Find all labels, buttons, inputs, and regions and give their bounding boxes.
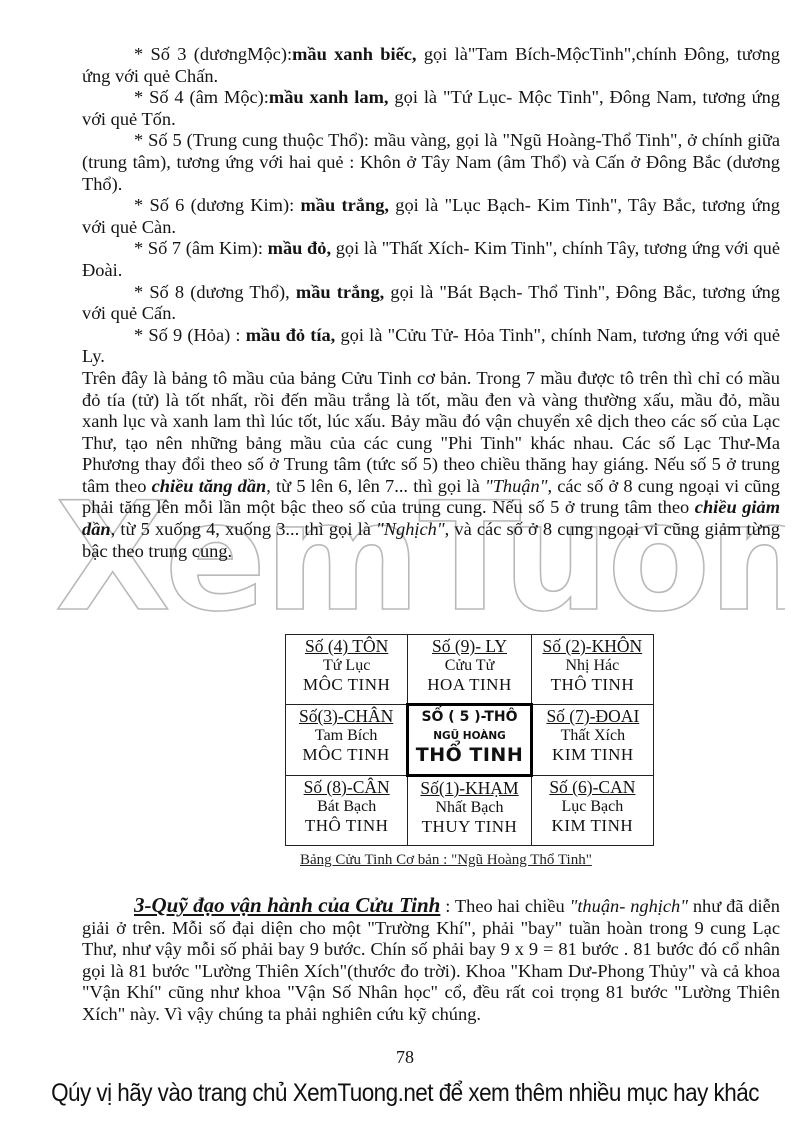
list-item: * Số 3 (dươngMộc):mầu xanh biếc, gọi là"… [82,44,780,87]
body-paragraph: Trên đây là bảng tô mầu của bảng Cửu Tin… [82,368,780,562]
star-color-list: * Số 3 (dươngMộc):mầu xanh biếc, gọi là"… [82,44,780,562]
list-item: * Số 7 (âm Kim): mầu đỏ, gọi là "Thất Xí… [82,238,780,281]
section-3: 3-Quỹ đạo vận hành của Cửu Tinh : Theo h… [82,895,780,1026]
page-number: 78 [0,1047,810,1068]
footer-banner: Qúy vị hãy vào trang chủ XemTuong.net để… [41,1079,770,1108]
list-item: * Số 6 (dương Kim): mầu trắng, gọi là "L… [82,195,780,238]
section-title: 3-Quỹ đạo vận hành của Cửu Tinh [134,893,440,917]
grid-cell-ly: Số (9)- LYCửu TửHOA TINH [408,635,531,705]
grid-cell-doai: Số (7)-ĐOAIThất XíchKIM TINH [531,705,653,776]
grid-cell-can-6: Số (6)-CANLục BạchKIM TINH [531,776,653,846]
grid-row: Số (8)-CÂNBát BạchTHÔ TINH Số(1)-KHẠMNhấ… [286,776,654,846]
grid-cell-can-8: Số (8)-CÂNBát BạchTHÔ TINH [286,776,408,846]
section-paragraph: 3-Quỹ đạo vận hành của Cửu Tinh : Theo h… [82,895,780,1026]
list-item: * Số 5 (Trung cung thuộc Thổ): mầu vàng,… [82,130,780,195]
grid-cell-ton: Số (4) TÔNTứ LụcMÔC TINH [286,635,408,705]
list-item: * Số 9 (Hỏa) : mầu đỏ tía, gọi là "Cửu T… [82,325,780,368]
grid-cell-kham: Số(1)-KHẠMNhất BạchTHUY TINH [408,776,531,846]
grid-cell-chan: Số(3)-CHÂNTam BíchMÔC TINH [286,705,408,776]
grid-row: Số(3)-CHÂNTam BíchMÔC TINH SỐ ( 5 )-THÔN… [286,705,654,776]
grid-row: Số (4) TÔNTứ LụcMÔC TINH Số (9)- LYCửu T… [286,635,654,705]
grid-caption: Bảng Cửu Tinh Cơ bản : "Ngũ Hoàng Thổ Ti… [300,852,592,869]
grid-cell-khon: Số (2)-KHÔNNhị HácTHÔ TINH [531,635,653,705]
list-item: * Số 8 (dương Thổ), mầu trắng, gọi là "B… [82,282,780,325]
list-item: * Số 4 (âm Mộc):mầu xanh lam, gọi là "Tứ… [82,87,780,130]
grid-cell-center-tho: SỐ ( 5 )-THÔNGŨ HOÀNGTHỔ TINH [408,705,531,776]
nine-star-grid: Số (4) TÔNTứ LụcMÔC TINH Số (9)- LYCửu T… [285,634,654,846]
book-page: XemTuong.net * Số 3 (dươngMộc):mầu xanh … [0,0,810,1124]
